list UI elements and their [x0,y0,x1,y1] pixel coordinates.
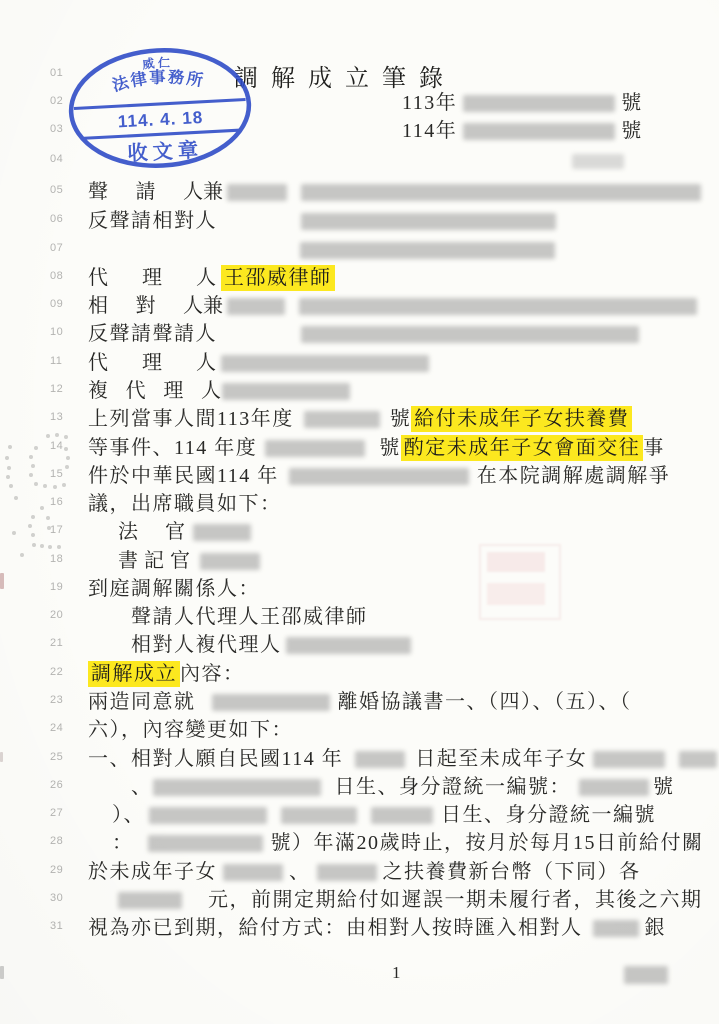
body-text: 113年 [402,90,457,116]
document-line: 27）、日生、身分證統一編號 [0,802,719,828]
redacted-text [118,892,182,909]
body-text: 號 [653,774,675,800]
line-content: 、日生、身分證統一編號：號 [88,774,675,800]
line-number: 10 [50,326,63,338]
document-line: 19到庭調解關係人： [0,576,719,602]
body-text: 號）年滿20歲時止，按月於每月15日前給付關 [271,830,704,856]
redacted-text [301,213,556,230]
line-number: 25 [50,751,63,763]
body-text: ： [112,830,134,856]
line-content: 法官 [88,519,251,545]
field-label: 書記官 [118,548,190,574]
redacted-text [593,751,665,768]
line-number: 12 [50,383,63,395]
punch-dot [7,466,11,470]
field-label: 法官 [118,519,185,545]
line-content: 等事件、114 年度號酌定未成年子女會面交往事 [88,435,665,461]
document-line: 12複代理人 [0,378,719,404]
line-number: 05 [50,184,63,196]
punch-dot [62,483,66,487]
document-line: 22調解成立內容： [0,661,719,687]
line-content: 六），內容變更如下： [88,717,293,743]
body-text: 號 [379,435,401,461]
line-content [88,237,555,263]
body-text: 號 [621,118,643,144]
redacted-text [355,751,405,768]
line-content: 元，前開定期給付如遲誤一期未履行者，其後之六期 [88,887,703,913]
redacted-text [221,355,429,372]
punch-dot [9,484,13,488]
punch-dot [64,447,68,451]
line-number: 14 [50,440,63,452]
line-content: 反聲請相對人 [88,208,556,234]
body-text: 視為亦已到期，給付方式：由相對人按時匯入相對人 [88,915,583,941]
document-line: 09相對人兼 [0,293,719,319]
punch-dot [53,485,57,489]
line-number: 06 [50,213,63,225]
redacted-text [579,779,649,796]
punch-dot [14,496,18,500]
body-text: 一、相對人願自民國114 年 [88,746,343,772]
line-number: 07 [50,242,63,254]
redacted-text [301,326,639,343]
body-text: 、 [289,859,311,885]
redacted-text [149,807,267,824]
line-content: 一、相對人願自民國114 年日起至未成年子女 [88,746,717,772]
body-text: 日起至未成年子女 [415,746,587,772]
redacted-text [289,468,469,485]
redacted-text [299,298,697,315]
stamp-bleed-through [479,544,561,620]
document-line: 05聲請人兼 [0,179,719,205]
punch-dot [55,433,59,437]
stamp-firm-name: 法律事務所 [110,65,207,95]
redacted-text [304,411,380,428]
line-number: 02 [50,95,63,107]
line-number: 13 [50,411,63,423]
line-number: 27 [50,807,63,819]
punch-dot [66,456,70,460]
line-content: 相對人兼 [88,293,697,319]
document-line: 16議，出席職員如下： [0,491,719,517]
receipt-stamp: 威仁 法律事務所 114. 4. 18 收文章 [63,41,257,175]
page-number: 1 [392,963,401,983]
redacted-text [572,154,624,169]
field-label: 相對人兼 [88,293,223,319]
highlighted-text: 王邵威律師 [221,265,335,291]
body-text: 等事件、114 年度 [88,435,257,461]
field-label: 複代理人 [88,378,221,404]
body-text: 反聲請聲請人 [88,321,217,347]
body-text: 相對人複代理人 [131,632,282,658]
redacted-text [281,807,357,824]
punch-dot [40,544,44,548]
redacted-text [223,864,283,881]
document-line: 21相對人複代理人 [0,632,719,658]
redacted-text [679,751,717,768]
punch-dot [57,545,61,549]
line-number: 23 [50,694,63,706]
line-number: 01 [50,67,63,79]
line-content: 兩造同意就離婚協議書一、（四）、（五）、（ [88,689,632,715]
line-number: 17 [50,524,63,536]
redacted-text [148,835,263,852]
line-content: 視為亦已到期，給付方式：由相對人按時匯入相對人銀 [88,915,666,941]
highlighted-text: 給付未成年子女扶養費 [411,406,632,432]
line-number: 08 [50,270,63,282]
stamp-date: 114. 4. 18 [117,107,203,131]
redacted-text [227,298,285,315]
punch-dot [6,475,10,479]
redacted-text [227,184,287,201]
line-number: 09 [50,298,63,310]
body-text: 事 [643,435,665,461]
scan-artifact [0,752,3,762]
line-content: 書記官 [88,548,260,574]
line-content: 到庭調解關係人： [88,576,260,602]
body-text: 日生、身分證統一編號 [441,802,656,828]
highlighted-text: 酌定未成年子女會面交往 [401,435,644,461]
document-line: 08代理人王邵威律師 [0,265,719,291]
punch-dot [5,456,9,460]
redacted-text [212,694,330,711]
line-content: 調解成立內容： [88,661,245,687]
line-number: 15 [50,468,63,480]
redacted-text [153,779,321,796]
stamp-rule-top [74,99,246,108]
document-line: 13上列當事人間113年度號給付未成年子女扶養費 [0,406,719,432]
punch-dot [31,464,35,468]
punch-dot [8,445,12,449]
line-content: 反聲請聲請人 [88,321,639,347]
punch-dot [40,506,44,510]
punch-dot [43,484,47,488]
document-line: 31視為亦已到期，給付方式：由相對人按時匯入相對人銀 [0,915,719,941]
field-label: 代理人 [88,265,216,291]
document-line: 26、日生、身分證統一編號：號 [0,774,719,800]
line-content: 件於中華民國114 年在本院調解處調解爭 [88,463,670,489]
line-number: 16 [50,496,63,508]
line-number: 28 [50,835,63,847]
line-number: 18 [50,553,63,565]
line-number: 04 [50,153,63,165]
redacted-text [624,966,668,984]
document-page: 調解成立筆錄 0102113年號03114年號0405聲請人兼06反聲請相對人0… [0,0,719,1024]
line-number: 11 [50,355,62,367]
field-label: 代理人 [88,350,216,376]
body-text: 在本院調解處調解爭 [477,463,671,489]
redacted-text [265,440,365,457]
line-number: 30 [50,892,63,904]
document-line: 28：號）年滿20歲時止，按月於每月15日前給付關 [0,830,719,856]
line-content: 上列當事人間113年度號給付未成年子女扶養費 [88,406,632,432]
line-content: 相對人複代理人 [88,632,411,658]
scan-artifact [0,573,4,589]
punch-dot [34,446,38,450]
document-line: 17法官 [0,519,719,545]
body-text: 之扶養費新台幣（下同）各 [383,859,641,885]
redacted-text [222,383,350,400]
line-content: 於未成年子女、之扶養費新台幣（下同）各 [88,859,641,885]
document-line: 30元，前開定期給付如遲誤一期未履行者，其後之六期 [0,887,719,913]
punch-dot [12,531,16,535]
body-text: 兩造同意就 [88,689,196,715]
document-line: 24六），內容變更如下： [0,717,719,743]
redacted-text [463,95,615,112]
punch-dot [20,553,24,557]
redacted-text [593,920,639,937]
body-text: 離婚協議書一、（四）、（五）、（ [338,689,632,715]
punch-dot [46,516,50,520]
body-text: 反聲請相對人 [88,208,217,234]
body-text: 聲請人代理人王邵威律師 [131,604,368,630]
line-number: 29 [50,864,63,876]
document-line: 11代理人 [0,350,719,376]
line-content: 代理人王邵威律師 [88,265,335,291]
body-text: 內容： [180,661,245,687]
document-line: 07 [0,237,719,263]
body-text: 到庭調解關係人： [88,576,260,602]
punch-dot [31,515,35,519]
line-number: 31 [50,920,63,932]
redacted-text [463,123,615,140]
punch-dot [64,435,68,439]
body-text: 114年 [402,118,457,144]
redacted-text [371,807,433,824]
redacted-text [300,242,555,259]
punch-dot [28,524,32,528]
body-text: 、 [131,774,153,800]
document-line: 06反聲請相對人 [0,208,719,234]
line-number: 19 [50,581,63,593]
punch-dot [47,526,51,530]
line-content: ）、日生、身分證統一編號 [88,802,656,828]
punch-dot [46,434,50,438]
document-line: 15件於中華民國114 年在本院調解處調解爭 [0,463,719,489]
document-line: 10反聲請聲請人 [0,321,719,347]
punch-dot [31,533,35,537]
punch-dot [65,465,69,469]
stamp-rule-bottom [82,130,241,138]
document-line: 25一、相對人願自民國114 年日起至未成年子女 [0,746,719,772]
body-text: 銀 [645,915,667,941]
body-text: 號 [390,406,412,432]
punch-dot [34,482,38,486]
stamp-seal-text: 收文章 [127,137,204,165]
body-text: 件於中華民國114 年 [88,463,279,489]
punch-dot [48,545,52,549]
highlighted-text: 調解成立 [88,661,180,687]
body-text: 六），內容變更如下： [88,717,293,743]
redacted-text [317,864,377,881]
body-text: 議，出席職員如下： [88,491,282,517]
body-text: 號 [621,90,643,116]
field-label: 聲請人兼 [88,179,223,205]
redacted-text [193,524,251,541]
document-line: 23兩造同意就離婚協議書一、（四）、（五）、（ [0,689,719,715]
line-content: 聲請人代理人王邵威律師 [88,604,368,630]
redacted-text [286,637,411,654]
body-text: 於未成年子女 [88,859,217,885]
scan-artifact [0,966,4,979]
line-number: 24 [50,722,63,734]
redacted-text [200,553,260,570]
line-content: 議，出席職員如下： [88,491,282,517]
line-number: 21 [50,637,63,649]
body-text: ）、 [112,802,145,828]
redacted-text [301,184,701,201]
line-number: 26 [50,779,63,791]
document-line: 18書記官 [0,548,719,574]
punch-dot [29,455,33,459]
line-number: 03 [50,123,63,135]
document-line: 29於未成年子女、之扶養費新台幣（下同）各 [0,859,719,885]
line-content: 複代理人 [88,378,350,404]
body-text: 日生、身分證統一編號： [335,774,572,800]
line-content: 聲請人兼 [88,179,701,205]
line-number: 20 [50,609,63,621]
punch-dot [32,543,36,547]
line-content: ：號）年滿20歲時止，按月於每月15日前給付關 [88,830,704,856]
document-line: 20聲請人代理人王邵威律師 [0,604,719,630]
document-line: 14等事件、114 年度號酌定未成年子女會面交往事 [0,435,719,461]
line-number: 22 [50,666,63,678]
punch-dot [29,473,33,477]
body-text: 上列當事人間113年度 [88,406,294,432]
body-text: 元，前開定期給付如遲誤一期未履行者，其後之六期 [208,887,703,913]
line-content: 代理人 [88,350,429,376]
